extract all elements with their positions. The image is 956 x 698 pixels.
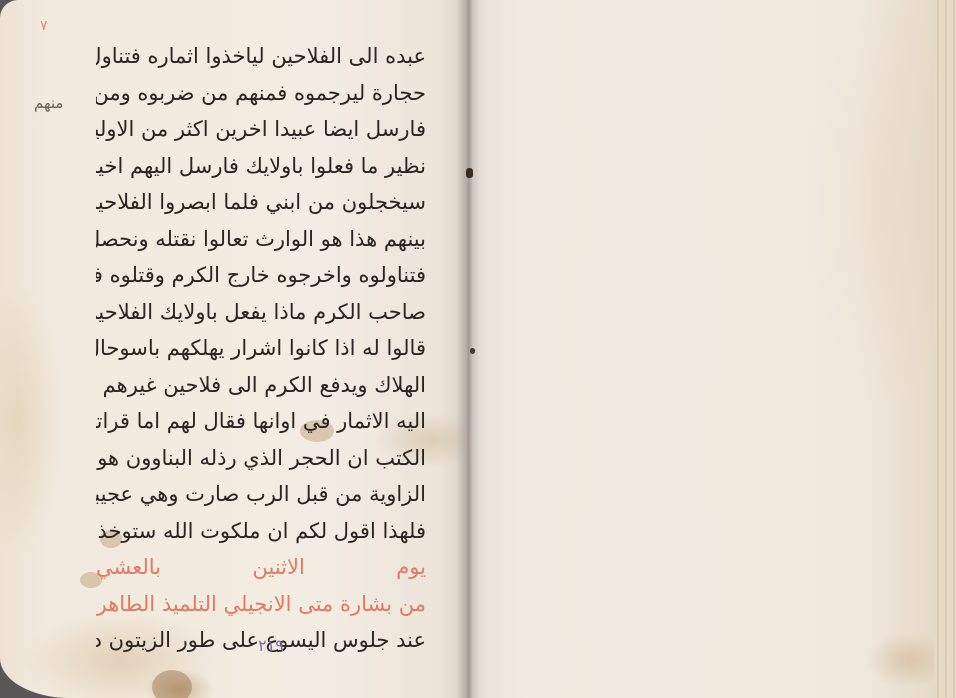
left-page: ٧ منهم عبده الى الفلاحين لياخذوا اثماره … [0,0,468,698]
text-line: الزاوية من قبل الرب صارت وهي عجيبة في اع… [96,476,426,513]
right-page: امن السما ام من الناس فانكروا فيما بينهم… [468,0,956,698]
left-page-text: عبده الى الفلاحين لياخذوا اثماره فتناول … [96,38,426,659]
binding-hole [466,168,473,178]
rubric-line: من بشارة متى الانجيلي التلميذ الطاهر في … [96,586,426,623]
text-line: صاحب الكرم ماذا يفعل باولايك الفلاحين [96,294,426,331]
folio-number: ٢١٩ [258,636,284,655]
text-line: عبده الى الفلاحين لياخذوا اثماره فتناول … [96,38,426,75]
text-line: فلهذا اقول لكم ان ملكوت الله ستوخذ منكم [96,513,426,550]
text-line: بينهم هذا هو الوارث تعالوا نقتله ونحصل م… [96,221,426,258]
text-line: قالوا له اذا كانوا اشرار يهلكهم باسوحال … [96,330,426,367]
manuscript-photo: ٧ منهم عبده الى الفلاحين لياخذوا اثماره … [0,0,956,698]
text-line: نظير ما فعلوا باولايك فارسل اليهم اخيرا … [96,148,426,185]
text-line: سيخجلون من ابني فلما ابصروا الفلاحين ابن… [96,184,426,221]
text-line: الكتب ان الحجر الذي رذله البناوون هو صار… [96,440,426,477]
binding-hole [470,348,475,354]
text-line: حجارة ليرجموه فمنهم من ضربوه ومن قتلوه و… [96,75,426,112]
text-line: فتناولوه واخرجوه خارج الكرم وقتلوه فاذا … [96,257,426,294]
text-line: اليه الاثمار في اوانها فقال لهم اما قرات… [96,403,426,440]
page-edges [934,0,956,698]
text-line: الهلاك ويدفع الكرم الى فلاحين غيرهم يودو… [96,367,426,404]
corner-mark: ٧ [40,18,48,34]
rubric-text: يوم الاثنين بالعشي [96,555,426,579]
text-line: فارسل ايضا عبيدا اخرين اكثر من الاولين ف… [96,111,426,148]
margin-note: منهم [34,94,63,112]
ink-stain [152,670,192,698]
text-line-with-rubric: يوم الاثنين بالعشي [96,549,426,586]
book-gutter [456,0,480,698]
